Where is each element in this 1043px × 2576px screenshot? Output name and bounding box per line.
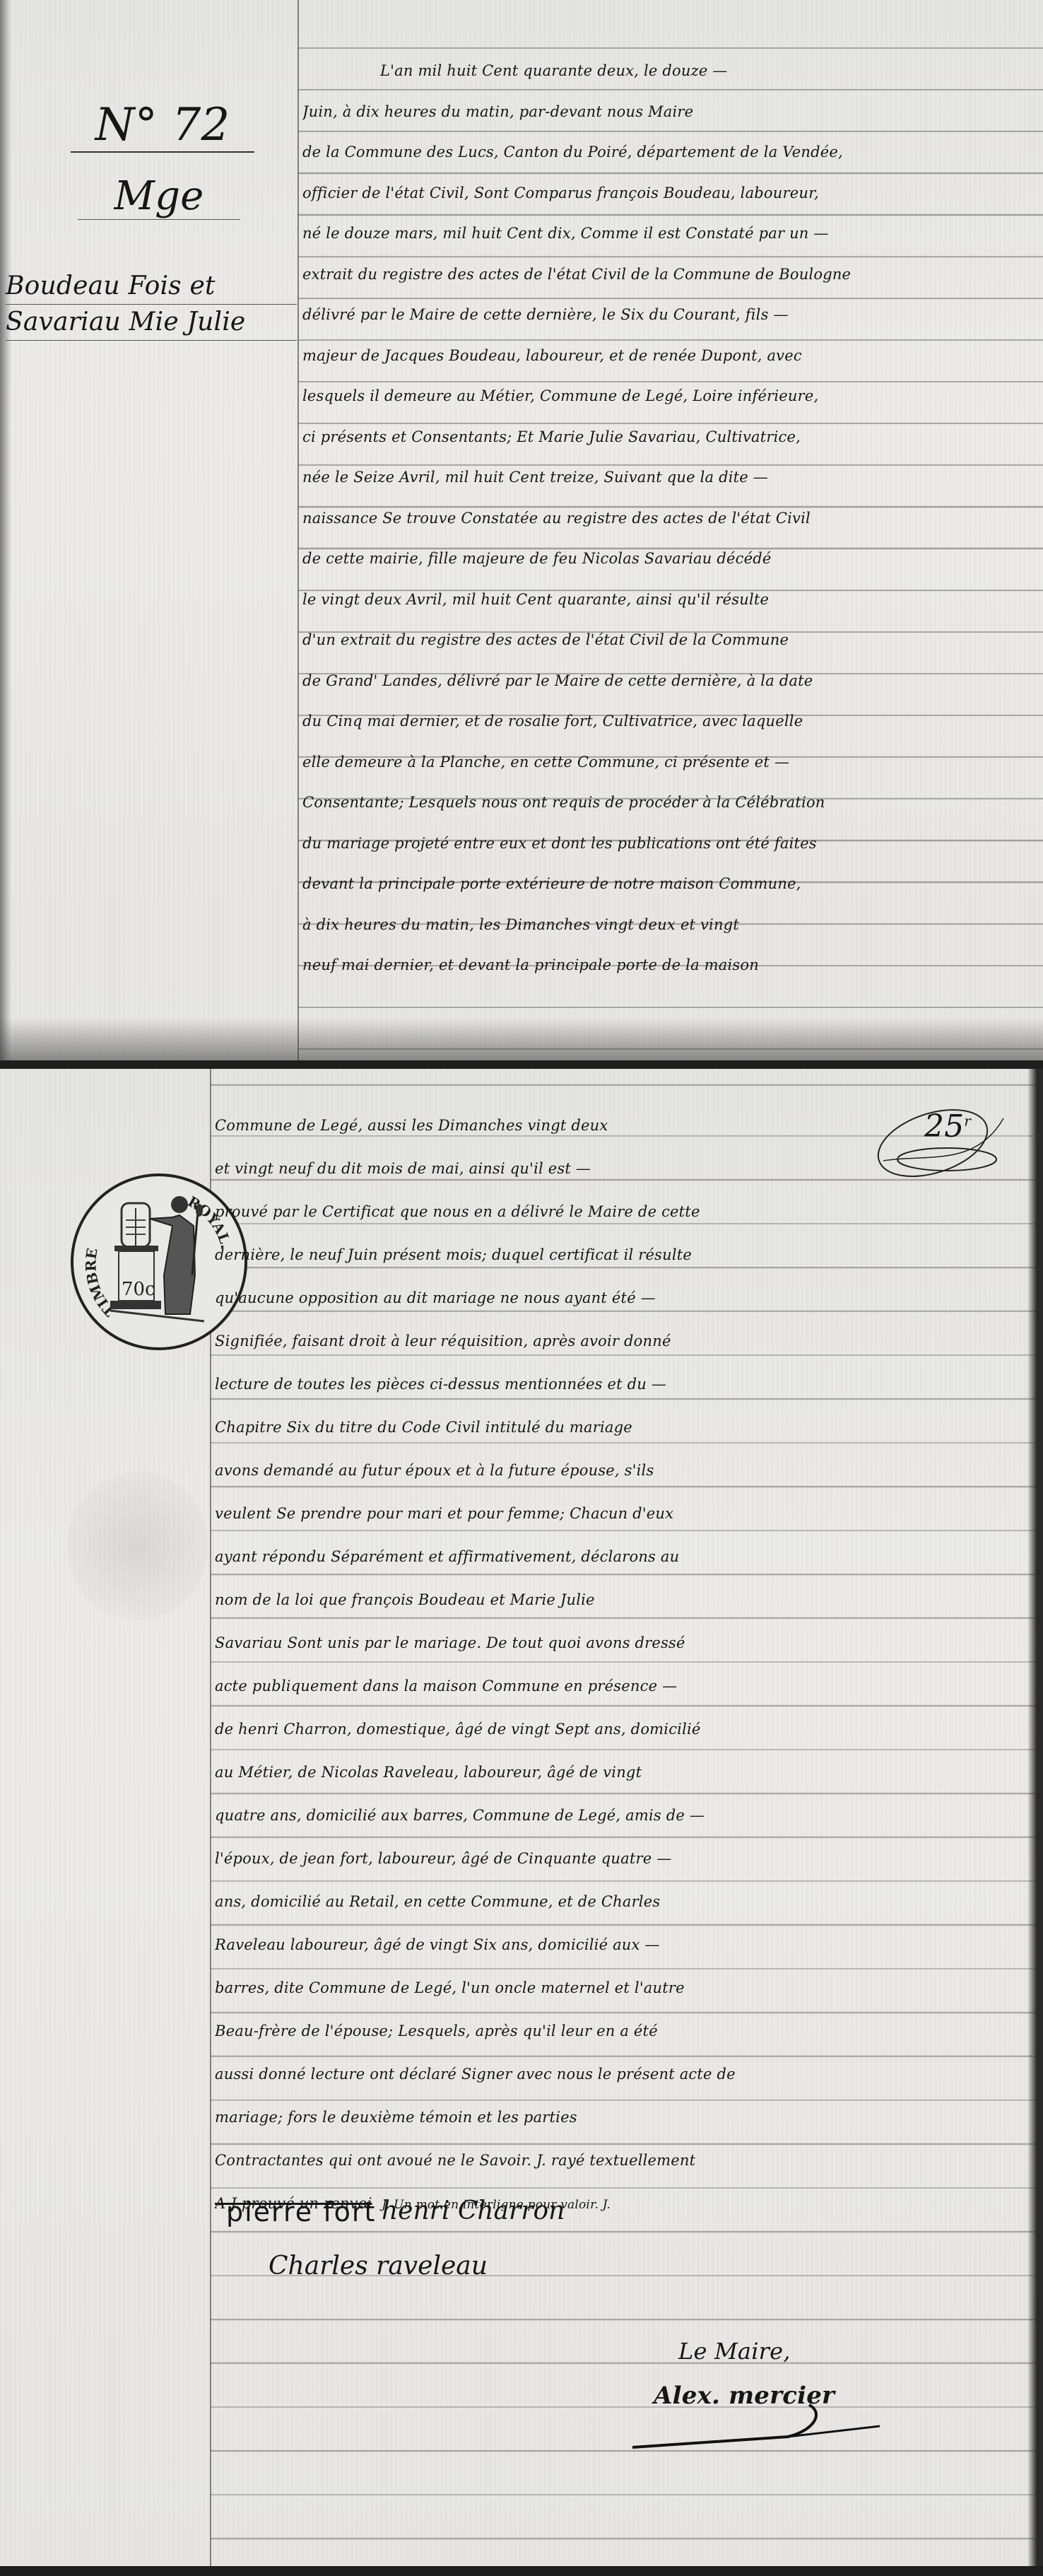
text-line: qu'aucune opposition au dit mariage ne n… (215, 1277, 1015, 1320)
text-line: Beau-frère de l'épouse; Lesquels, après … (215, 2010, 1015, 2053)
text-line: de henri Charron, domestique, âgé de vin… (215, 1708, 1015, 1751)
margin-rule (297, 0, 299, 1060)
text-line: de la Commune des Lucs, Canton du Poiré,… (302, 132, 1029, 173)
text-line: barres, dite Commune de Legé, l'un oncle… (215, 1967, 1015, 2010)
mayor-title: Le Maire, (678, 2338, 791, 2365)
text-line: nom de la loi que françois Boudeau et Ma… (215, 1579, 1015, 1622)
text-line: L'an mil huit Cent quarante deux, le dou… (302, 51, 1029, 92)
text-line: Signifiée, faisant droit à leur réquisit… (215, 1320, 1015, 1363)
signature-witness-3: Charles raveleau (269, 2252, 488, 2281)
text-line: née le Seize Avril, mil huit Cent treize… (302, 457, 1029, 498)
text-line: devant la principale porte extérieure de… (302, 864, 1029, 905)
signature-flourish-icon (625, 2398, 880, 2454)
text-line: Chapitre Six du titre du Code Civil inti… (215, 1406, 1015, 1449)
text-line: de cette mairie, fille majeure de feu Ni… (302, 539, 1029, 580)
text-line: lesquels il demeure au Métier, Commune d… (302, 376, 1029, 417)
act-type: Mge (78, 173, 240, 220)
bride-name: Savariau Mie Julie (6, 305, 297, 341)
text-line: le vingt deux Avril, mil huit Cent quara… (302, 580, 1029, 621)
groom-name: Boudeau Fois et (6, 269, 297, 305)
text-line: Contractantes qui ont avoué ne le Savoir… (215, 2139, 1015, 2182)
text-line: l'époux, de jean fort, laboureur, âgé de… (215, 1837, 1015, 1880)
text-line: ci présents et Consentants; Et Marie Jul… (302, 417, 1029, 458)
act-text-page-1: L'an mil huit Cent quarante deux, le dou… (302, 51, 1029, 986)
text-line: du mariage projeté entre eux et dont les… (302, 824, 1029, 865)
text-line: acte publiquement dans la maison Commune… (215, 1665, 1015, 1708)
text-line: d'un extrait du registre des actes de l'… (302, 620, 1029, 661)
text-line: ayant répondu Séparément et affirmativem… (215, 1535, 1015, 1579)
text-line: Savariau Sont unis par le mariage. De to… (215, 1622, 1015, 1665)
text-line: et vingt neuf du dit mois de mai, ainsi … (215, 1147, 1015, 1190)
text-line: Raveleau laboureur, âgé de vingt Six ans… (215, 1924, 1015, 1967)
text-line: neuf mai dernier, et devant la principal… (302, 945, 1029, 986)
embossed-seal-icon (67, 1472, 208, 1620)
text-line: ans, domicilié au Retail, en cette Commu… (215, 1880, 1015, 1924)
act-number: N° 72 (71, 99, 254, 153)
text-line: dernière, le neuf Juin présent mois; duq… (215, 1234, 1015, 1277)
text-line: Juin, à dix heures du matin, par-devant … (302, 92, 1029, 133)
text-line: au Métier, de Nicolas Raveleau, laboureu… (215, 1751, 1015, 1794)
text-line: Commune de Legé, aussi les Dimanches vin… (215, 1104, 1015, 1147)
text-line: elle demeure à la Planche, en cette Comm… (302, 742, 1029, 783)
text-line: extrait du registre des actes de l'état … (302, 254, 1029, 295)
text-line: de Grand' Landes, délivré par le Maire d… (302, 661, 1029, 702)
text-line: délivré par le Maire de cette dernière, … (302, 295, 1029, 336)
text-line: avons demandé au futur époux et à la fut… (215, 1449, 1015, 1492)
text-line: naissance Se trouve Constatée au registr… (302, 498, 1029, 539)
spouse-names: Boudeau Fois et Savariau Mie Julie (6, 269, 297, 341)
text-line: lecture de toutes les pièces ci-dessus m… (215, 1363, 1015, 1406)
register-page-1: N° 72 Mge Boudeau Fois et Savariau Mie J… (0, 0, 1043, 1060)
text-line: aussi donné lecture ont déclaré Signer a… (215, 2053, 1015, 2096)
signature-witness-1: pierre fort (226, 2196, 376, 2227)
text-line: majeur de Jacques Boudeau, laboureur, et… (302, 336, 1029, 377)
text-line: prouvé par le Certificat que nous en a d… (215, 1190, 1015, 1234)
text-line: à dix heures du matin, les Dimanches vin… (302, 905, 1029, 946)
act-text-page-2: Commune de Legé, aussi les Dimanches vin… (215, 1104, 1015, 2225)
text-line: veulent Se prendre pour mari et pour fem… (215, 1492, 1015, 1535)
text-line: né le douze mars, mil huit Cent dix, Com… (302, 213, 1029, 254)
signature-witness-2: henri Charron (382, 2196, 565, 2225)
text-line: mariage; fors le deuxième témoin et les … (215, 2096, 1015, 2139)
text-line: Consentante; Lesquels nous ont requis de… (302, 783, 1029, 824)
stamp-value: 70c (122, 1279, 155, 1300)
text-line: du Cinq mai dernier, et de rosalie fort,… (302, 701, 1029, 742)
text-line: officier de l'état Civil, Sont Comparus … (302, 173, 1029, 214)
text-line: quatre ans, domicilié aux barres, Commun… (215, 1794, 1015, 1837)
register-page-2: TIMBRE ROYAL. 70c (0, 1069, 1043, 2566)
